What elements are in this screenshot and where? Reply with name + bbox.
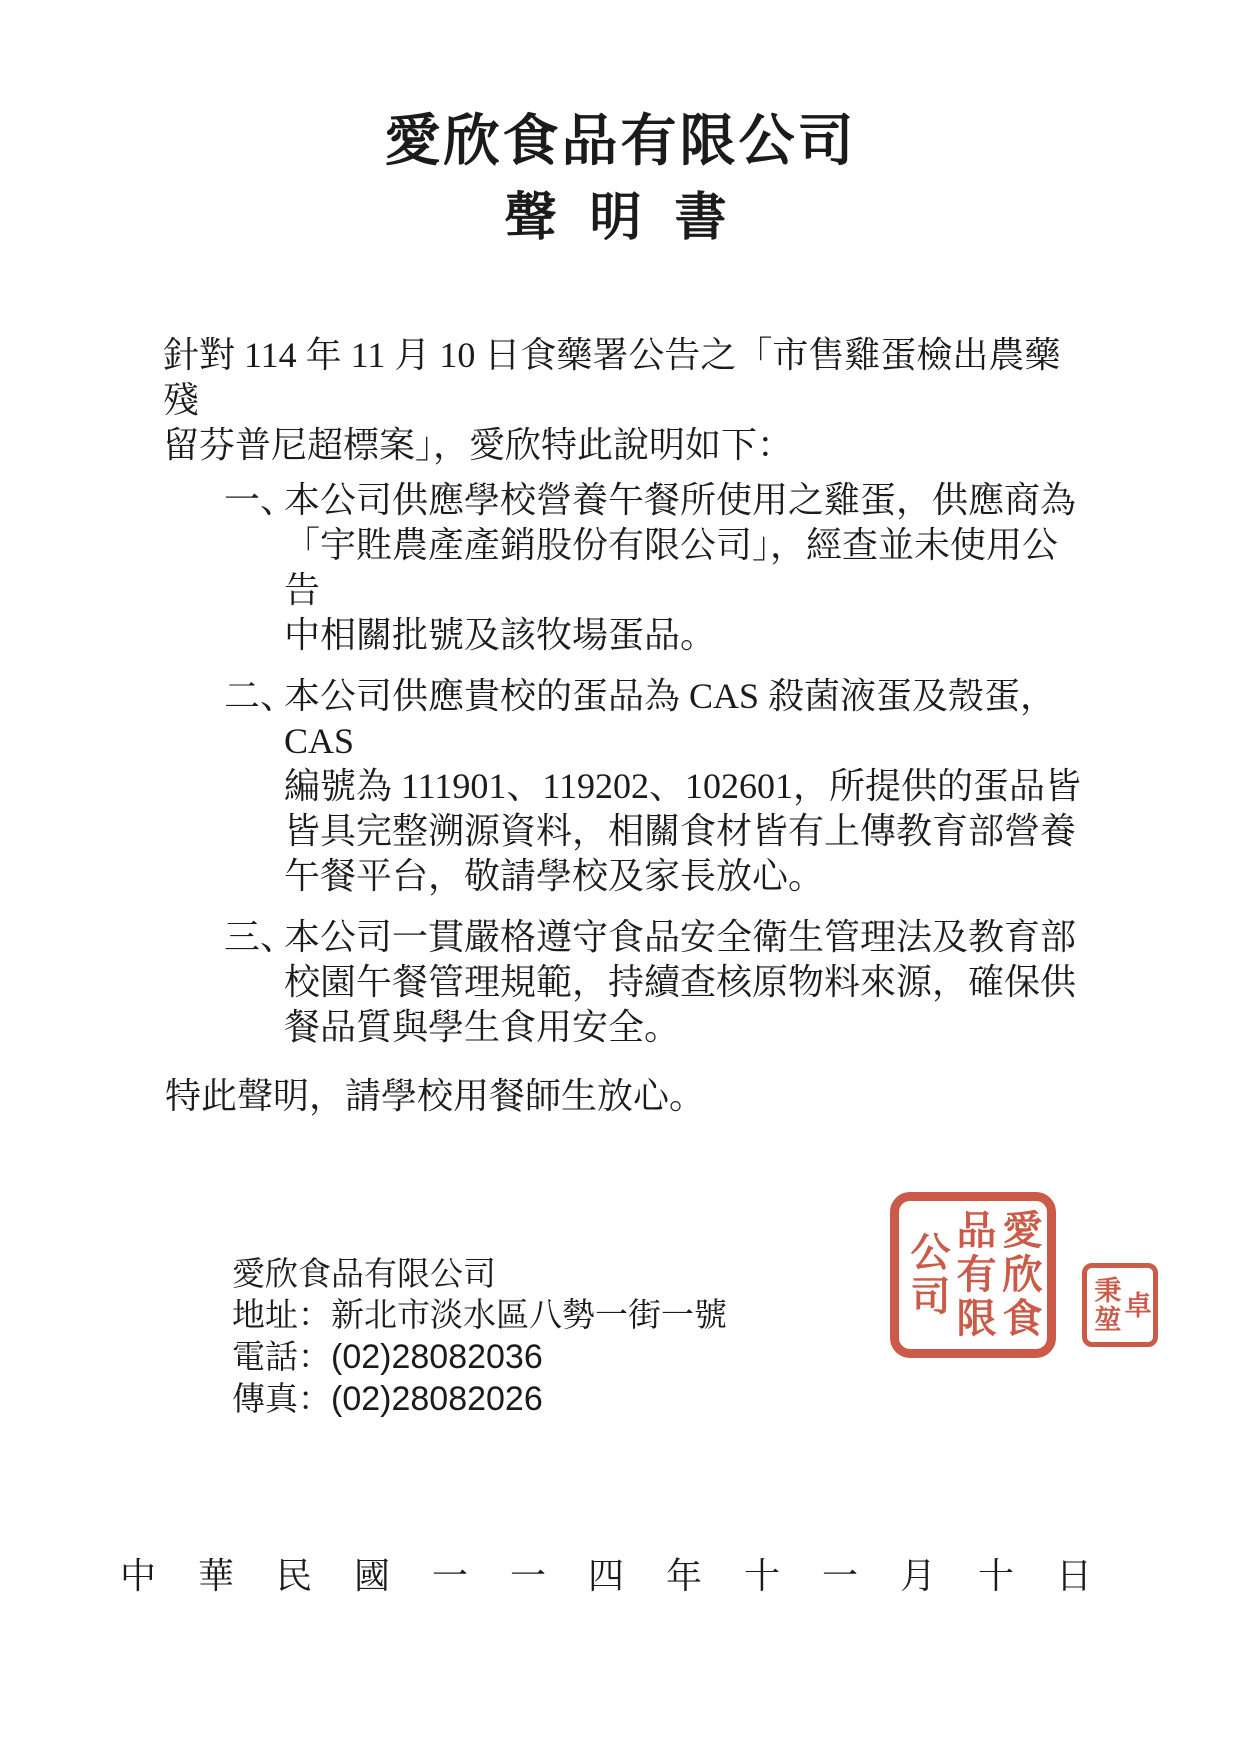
list-item-3-body: 本公司一貫嚴格遵守食品安全衛生管理法及教育部 校園午餐管理規範，持續查核原物料來…: [284, 915, 1084, 1050]
list-item-1-line-2: 「宇貹農產產銷股份有限公司」，經查並未使用公告: [284, 523, 1084, 613]
declaration-document: 愛欣食品有限公司 聲 明 書 針對 114 年 11 月 10 日食藥署公告之「…: [0, 0, 1241, 1755]
fax-number: (02)28082026: [331, 1380, 543, 1418]
company-seal-column-3: 公司: [907, 1205, 947, 1345]
list-item-3: 三、 本公司一貫嚴格遵守食品安全衛生管理法及教育部 校園午餐管理規範，持續查核原…: [224, 915, 1084, 1050]
list-item-2: 二、 本公司供應貴校的蛋品為 CAS 殺菌液蛋及殼蛋，CAS 編號為 11190…: [224, 674, 1084, 899]
list-item-2-number: 二、: [224, 674, 284, 899]
company-info-block: 愛欣食品有限公司 地址：新北市淡水區八勢一街一號 電話：(02)28082036…: [232, 1255, 727, 1421]
list-item-3-line-2: 校園午餐管理規範，持續查核原物料來源，確保供: [284, 960, 1084, 1005]
date-line: 中華民國一一四年十一月十日: [120, 1548, 1134, 1599]
name-seal-column-1: 卓: [1122, 1270, 1149, 1340]
phone-number: (02)28082036: [331, 1338, 543, 1376]
intro-paragraph: 針對 114 年 11 月 10 日食藥署公告之「市售雞蛋檢出農藥殘 留芬普尼超…: [163, 333, 1088, 468]
closing-statement: 特此聲明，請學校用餐師生放心。: [165, 1074, 705, 1119]
list-item-1: 一、 本公司供應學校營養午餐所使用之雞蛋，供應商為 「宇貹農產產銷股份有限公司」…: [224, 478, 1084, 658]
list-item-2-body: 本公司供應貴校的蛋品為 CAS 殺菌液蛋及殼蛋，CAS 編號為 111901、1…: [284, 674, 1084, 899]
intro-line-2: 留芬普尼超標案」，愛欣特此說明如下：: [163, 423, 1088, 468]
company-seal-column-1: 愛欣食: [999, 1205, 1039, 1345]
company-name: 愛欣食品有限公司: [232, 1255, 727, 1296]
list-item-2-line-2: 編號為 111901、119202、102601，所提供的蛋品皆: [284, 764, 1084, 809]
name-seal-stamp: 卓 秉堃: [1082, 1263, 1158, 1347]
list-item-1-line-3: 中相關批號及該牧場蛋品。: [284, 613, 1084, 658]
company-seal-column-2: 品有限: [953, 1205, 993, 1345]
list-item-3-number: 三、: [224, 915, 284, 1050]
phone-label: 電話：: [232, 1340, 331, 1376]
company-title: 愛欣食品有限公司: [0, 112, 1241, 174]
list-item-3-line-3: 餐品質與學生食用安全。: [284, 1005, 1084, 1050]
company-seal-stamp: 愛欣食 品有限 公司: [890, 1192, 1056, 1358]
intro-line-1: 針對 114 年 11 月 10 日食藥署公告之「市售雞蛋檢出農藥殘: [163, 333, 1088, 423]
list-item-1-line-1: 本公司供應學校營養午餐所使用之雞蛋，供應商為: [284, 478, 1084, 523]
list-item-1-body: 本公司供應學校營養午餐所使用之雞蛋，供應商為 「宇貹農產產銷股份有限公司」，經查…: [284, 478, 1084, 658]
list-item-2-line-1: 本公司供應貴校的蛋品為 CAS 殺菌液蛋及殼蛋，CAS: [284, 674, 1084, 764]
name-seal-column-2: 秉堃: [1091, 1270, 1118, 1340]
fax-label: 傳真：: [232, 1382, 331, 1418]
company-address: 地址：新北市淡水區八勢一街一號: [232, 1296, 727, 1337]
company-phone-line: 電話：(02)28082036: [232, 1337, 727, 1379]
document-title: 聲 明 書: [0, 190, 1241, 247]
list-item-2-line-4: 午餐平台，敬請學校及家長放心。: [284, 854, 1084, 899]
list-item-2-line-3: 皆具完整溯源資料，相關食材皆有上傳教育部營養: [284, 809, 1084, 854]
list-item-3-line-1: 本公司一貫嚴格遵守食品安全衛生管理法及教育部: [284, 915, 1084, 960]
title-block: 愛欣食品有限公司 聲 明 書: [0, 112, 1241, 247]
list-item-1-number: 一、: [224, 478, 284, 658]
statement-list: 一、 本公司供應學校營養午餐所使用之雞蛋，供應商為 「宇貹農產產銷股份有限公司」…: [224, 478, 1084, 1066]
company-fax-line: 傳真：(02)28082026: [232, 1379, 727, 1421]
